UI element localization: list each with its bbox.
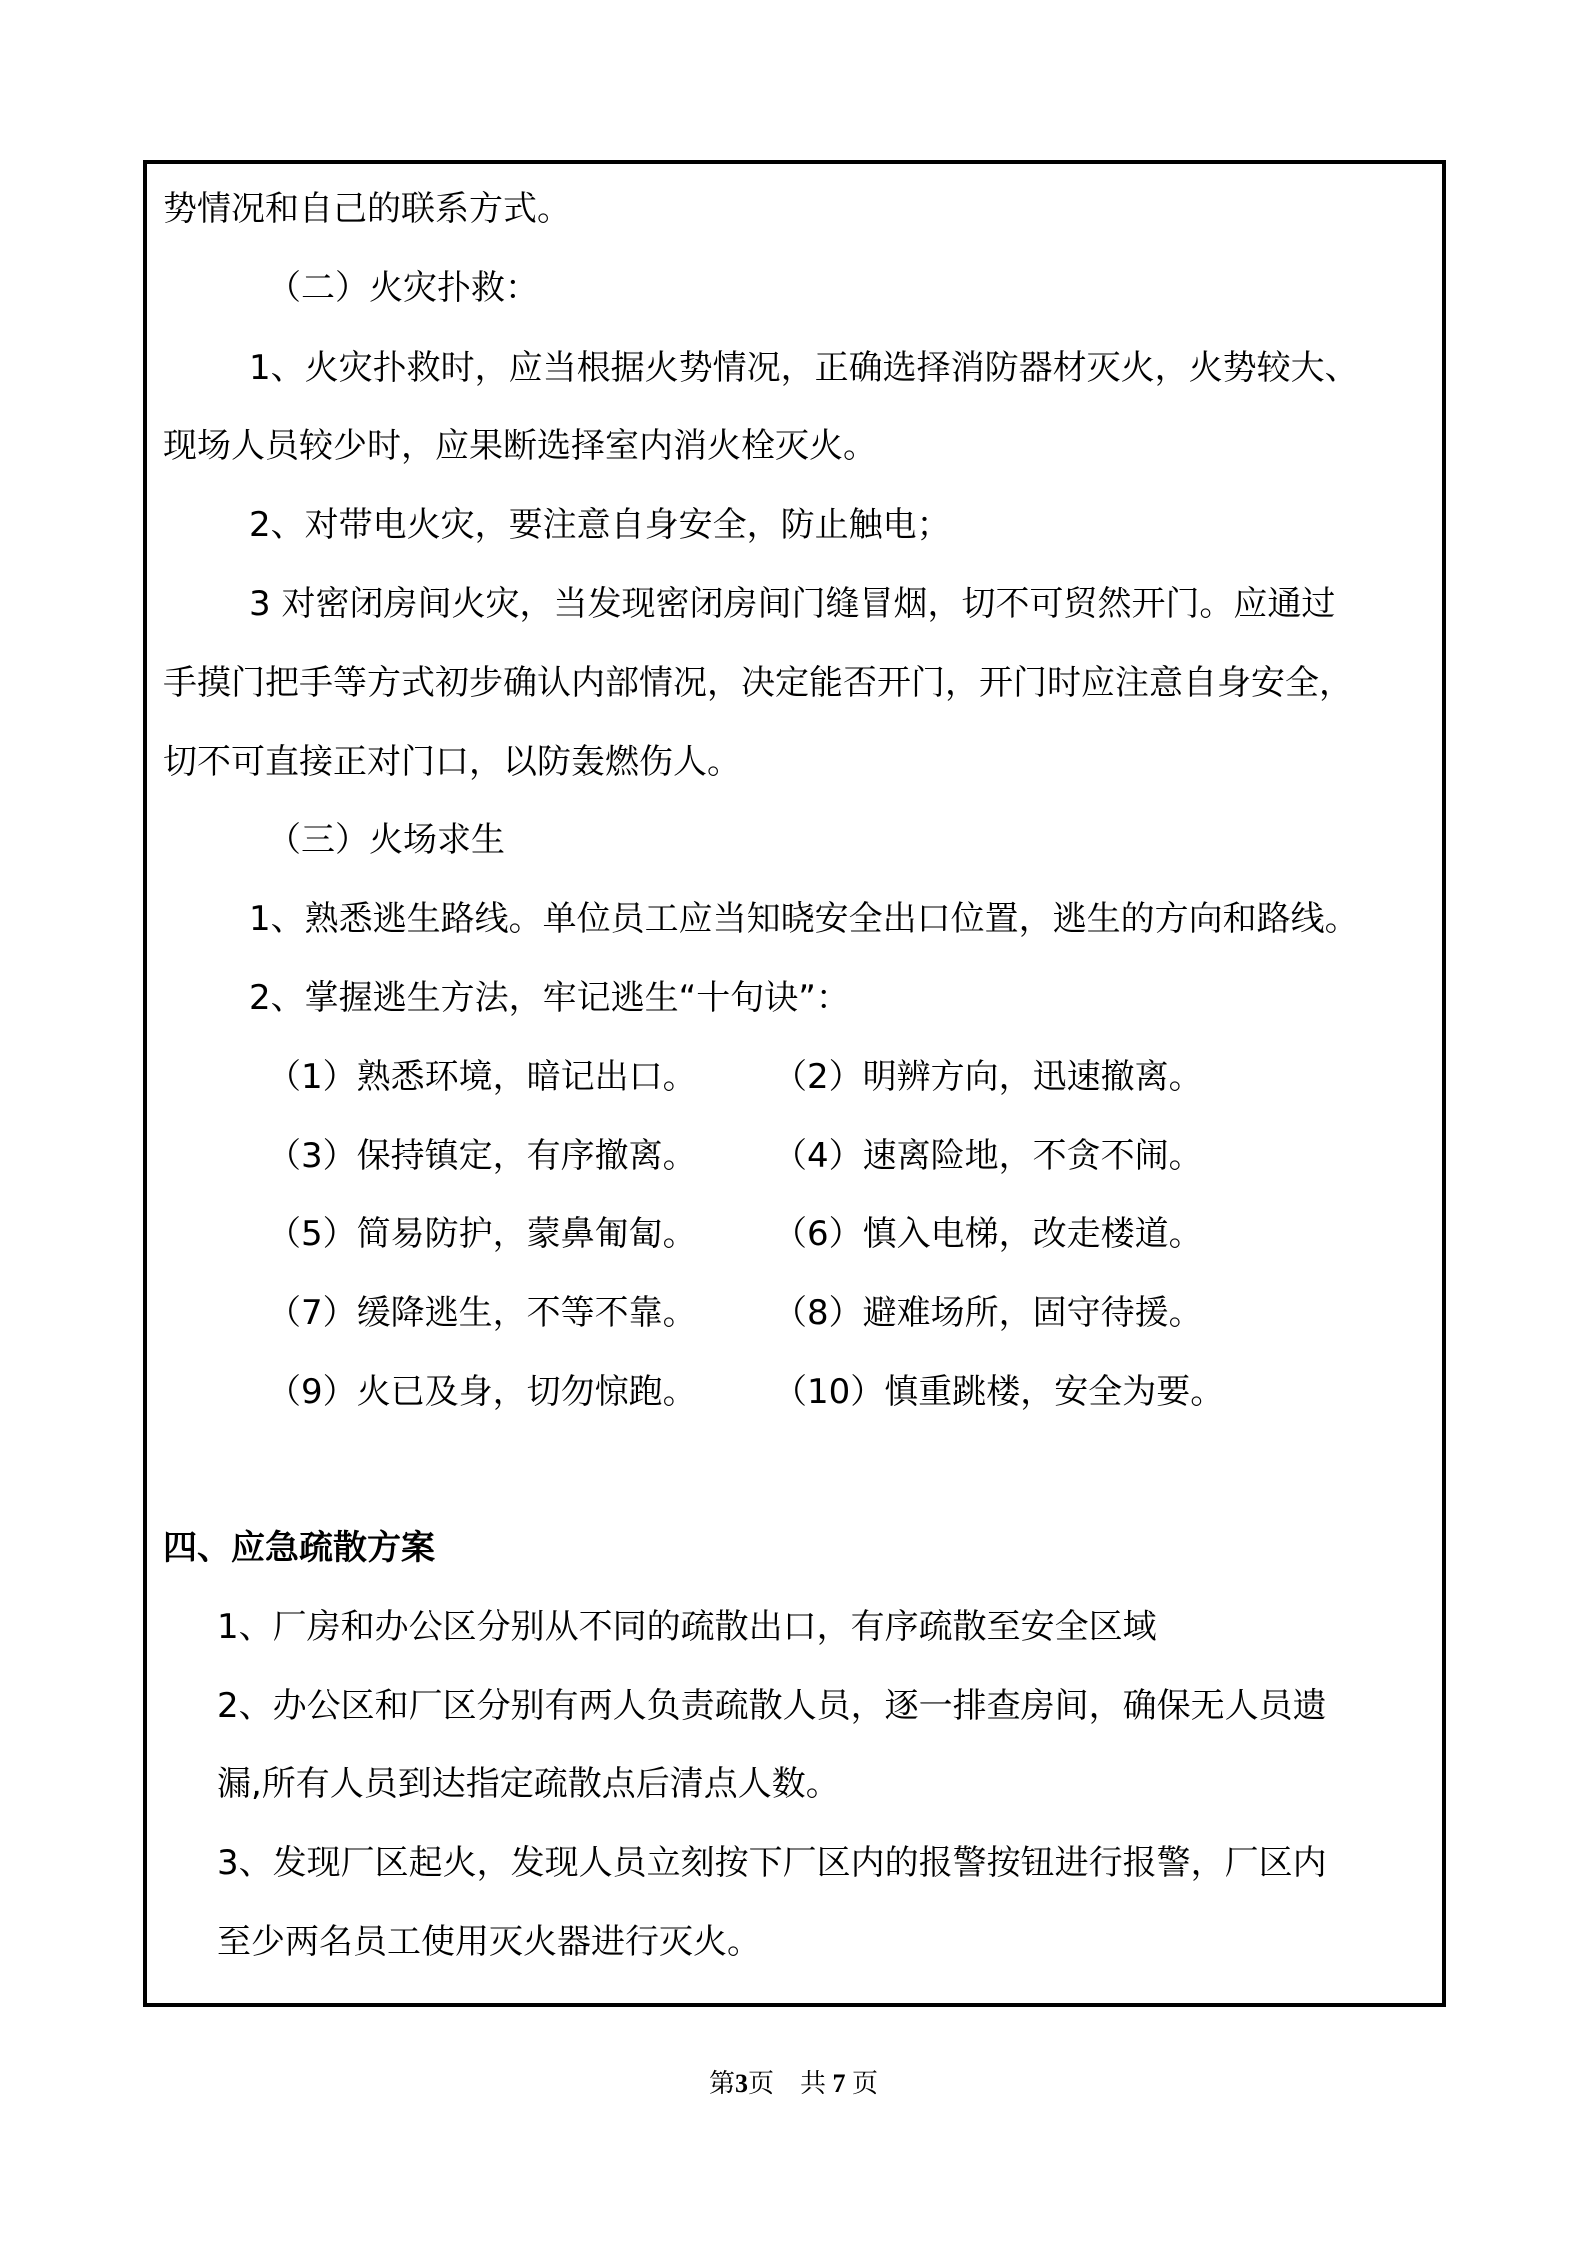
rhyme-item: （5）简易防护，蒙鼻匍匐。 (267, 1214, 697, 1254)
paragraph-line: 1、熟悉逃生路线。单位员工应当知晓安全出口位置，逃生的方向和路线。 (249, 899, 1359, 939)
subheading-fire-fighting: （二）火灾扑救： (267, 268, 539, 308)
paragraph-line: 切不可直接正对门口，以防轰燃伤人。 (163, 742, 741, 782)
rhyme-item: （6）慎入电梯，改走楼道。 (773, 1214, 1203, 1254)
current-page-number: 3 (735, 2069, 748, 2098)
content-frame: 势情况和自己的联系方式。 （二）火灾扑救： 1、火灾扑救时，应当根据火势情况，正… (143, 160, 1446, 2007)
paragraph-line: 漏,所有人员到达指定疏散点后清点人数。 (217, 1764, 840, 1804)
paragraph-line: 至少两名员工使用灭火器进行灭火。 (217, 1922, 761, 1962)
paragraph-line: 3 对密闭房间火灾，当发现密闭房间门缝冒烟，切不可贸然开门。应通过 (249, 584, 1335, 624)
rhyme-item: （9）火已及身，切勿惊跑。 (267, 1372, 697, 1412)
rhyme-item: （4）速离险地，不贪不闹。 (773, 1136, 1203, 1176)
rhyme-item: （3）保持镇定，有序撤离。 (267, 1136, 697, 1176)
page-suffix: 页 (748, 2069, 774, 2098)
rhyme-item: （10）慎重跳楼，安全为要。 (773, 1372, 1224, 1412)
paragraph-line: 1、火灾扑救时，应当根据火势情况，正确选择消防器材灭火，火势较大、 (249, 348, 1359, 388)
subheading-fire-escape: （三）火场求生 (267, 820, 505, 860)
paragraph-line: 2、掌握逃生方法，牢记逃生“十句诀”： (249, 978, 850, 1018)
paragraph-line: 势情况和自己的联系方式。 (163, 189, 571, 229)
rhyme-item: （7）缓降逃生，不等不靠。 (267, 1293, 697, 1333)
paragraph-line: 手摸门把手等方式初步确认内部情况，决定能否开门，开门时应注意自身安全， (163, 663, 1353, 703)
rhyme-item: （8）避难场所，固守待援。 (773, 1293, 1203, 1333)
section-heading-evacuation: 四、应急疏散方案 (163, 1528, 435, 1568)
rhyme-item: （2）明辨方向，迅速撤离。 (773, 1057, 1203, 1097)
total-prefix: 共 (800, 2069, 826, 2098)
paragraph-line: 1、厂房和办公区分别从不同的疏散出口，有序疏散至安全区域 (217, 1607, 1157, 1647)
paragraph-line: 2、对带电火灾，要注意自身安全，防止触电； (249, 505, 951, 545)
page-footer: 第3页共 7 页 (0, 2069, 1587, 2099)
rhyme-item: （1）熟悉环境，暗记出口。 (267, 1057, 697, 1097)
total-pages-number: 7 (833, 2069, 846, 2098)
paragraph-line: 3、发现厂区起火，发现人员立刻按下厂区内的报警按钮进行报警，厂区内 (217, 1843, 1327, 1883)
page-prefix: 第 (709, 2069, 735, 2098)
paragraph-line: 2、办公区和厂区分别有两人负责疏散人员，逐一排查房间，确保无人员遗 (217, 1686, 1327, 1726)
paragraph-line: 现场人员较少时，应果断选择室内消火栓灭火。 (163, 426, 877, 466)
total-suffix: 页 (852, 2069, 878, 2098)
